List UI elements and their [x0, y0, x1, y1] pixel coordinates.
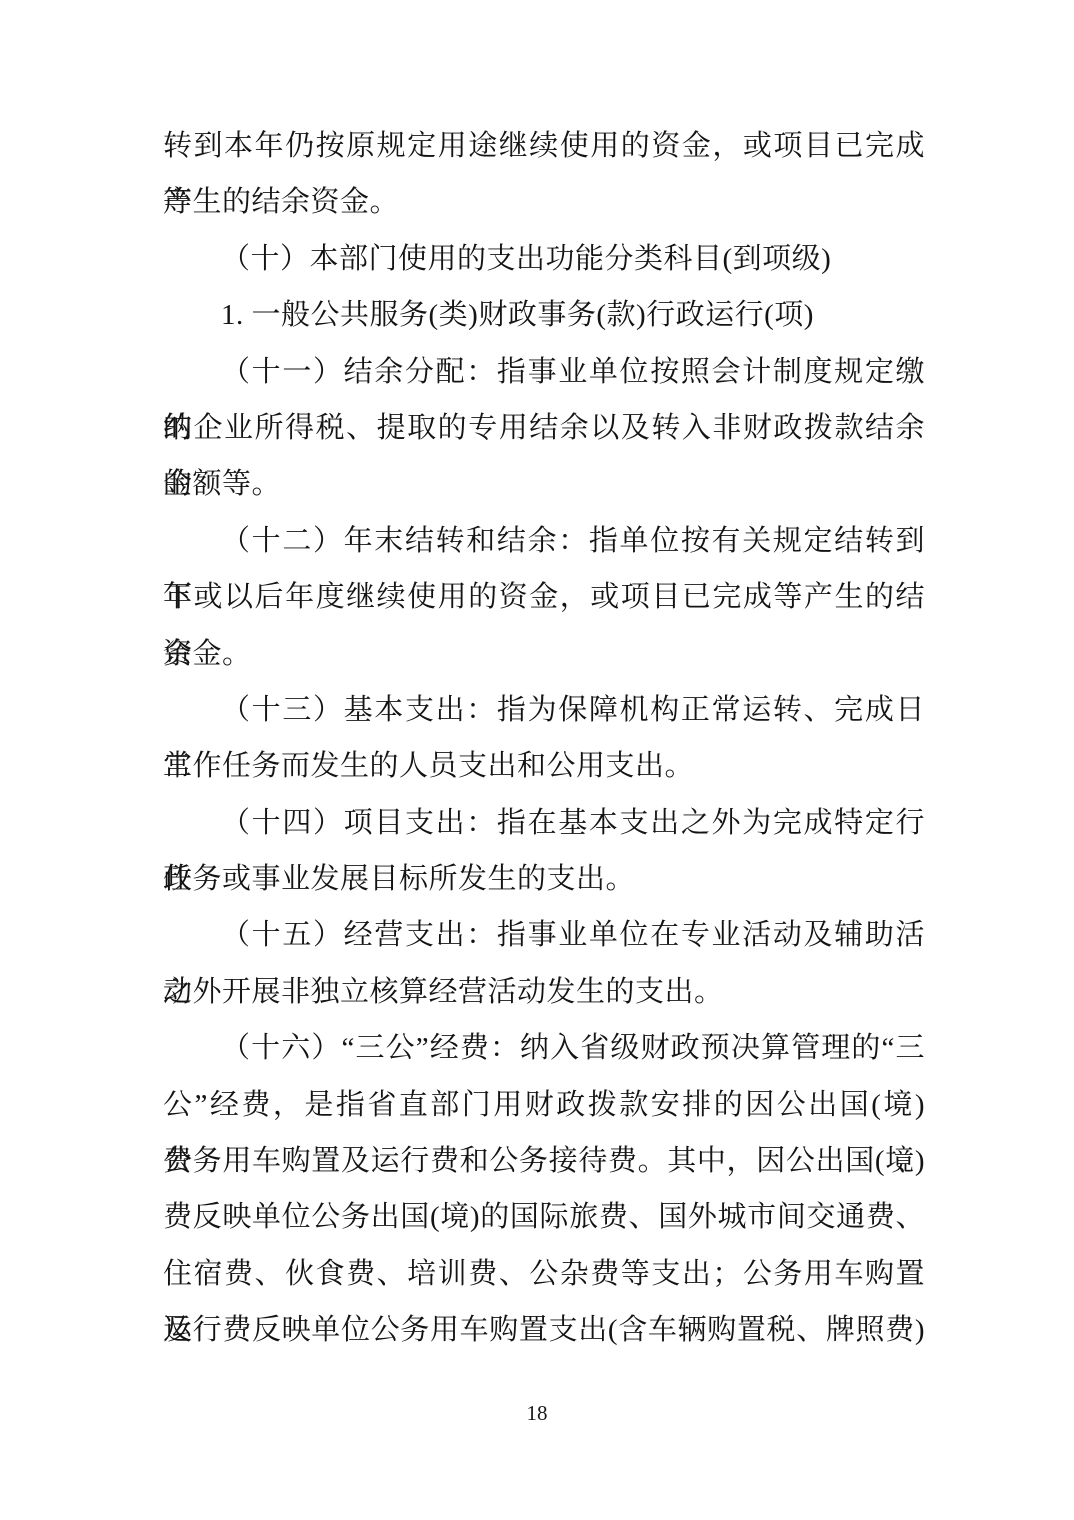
text-line: 公务用车购置及运行费和公务接待费。其中，因公出国(境)	[163, 1133, 925, 1189]
text-line: （十）本部门使用的支出功能分类科目(到项级)	[163, 231, 925, 287]
text-line: （十四）项目支出：指在基本支出之外为完成特定行政	[163, 795, 925, 851]
text-line: 年或以后年度继续使用的资金，或项目已完成等产生的结余	[163, 569, 925, 625]
text-line: 资金。	[163, 626, 925, 682]
body-text: 转到本年仍按原规定用途继续使用的资金，或项目已完成等 产生的结余资金。 （十）本…	[163, 118, 925, 1359]
text-line: 1. 一般公共服务(类)财政事务(款)行政运行(项)	[163, 287, 925, 343]
document-page: 转到本年仍按原规定用途继续使用的资金，或项目已完成等 产生的结余资金。 （十）本…	[0, 0, 1074, 1520]
text-line: 费反映单位公务出国(境)的国际旅费、国外城市间交通费、	[163, 1189, 925, 1245]
text-line: 的企业所得税、提取的专用结余以及转入非财政拨款结余的	[163, 400, 925, 456]
text-line: （十二）年末结转和结余：指单位按有关规定结转到下	[163, 513, 925, 569]
text-line: 之外开展非独立核算经营活动发生的支出。	[163, 964, 925, 1020]
page-number: 18	[0, 1398, 1074, 1428]
text-line: 转到本年仍按原规定用途继续使用的资金，或项目已完成等	[163, 118, 925, 174]
text-line: 产生的结余资金。	[163, 174, 925, 230]
text-line: （十一）结余分配：指事业单位按照会计制度规定缴纳	[163, 344, 925, 400]
text-line: （十三）基本支出：指为保障机构正常运转、完成日常	[163, 682, 925, 738]
text-line: 工作任务而发生的人员支出和公用支出。	[163, 738, 925, 794]
text-line: 金额等。	[163, 456, 925, 512]
text-line: （十五）经营支出：指事业单位在专业活动及辅助活动	[163, 907, 925, 963]
text-line: 任务或事业发展目标所发生的支出。	[163, 851, 925, 907]
text-line: （十六）“三公”经费：纳入省级财政预决算管理的“三	[163, 1020, 925, 1076]
text-line: 运行费反映单位公务用车购置支出(含车辆购置税、牌照费)	[163, 1302, 925, 1358]
text-line: 住宿费、伙食费、培训费、公杂费等支出；公务用车购置及	[163, 1246, 925, 1302]
text-line: 公”经费，是指省直部门用财政拨款安排的因公出国(境)费、	[163, 1077, 925, 1133]
